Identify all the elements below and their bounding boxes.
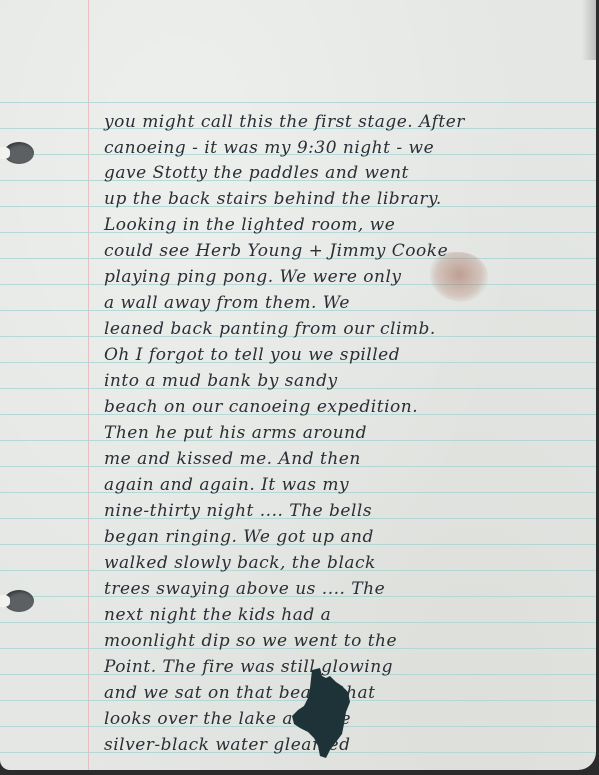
punch-hole-bottom bbox=[4, 590, 34, 612]
text-line: gave Stotty the paddles and went bbox=[104, 163, 409, 183]
text-line: you might call this the first stage. Aft… bbox=[104, 112, 465, 132]
text-line: beach on our canoeing expedition. bbox=[104, 397, 418, 417]
text-line: playing ping pong. We were only bbox=[104, 267, 402, 287]
text-line: walked slowly back, the black bbox=[104, 553, 376, 573]
notebook-page: you might call this the first stage. Aft… bbox=[0, 0, 596, 770]
text-line: leaned back panting from our climb. bbox=[104, 319, 436, 339]
text-line: Looking in the lighted room, we bbox=[104, 215, 395, 235]
text-line: again and again. It was my bbox=[104, 475, 349, 495]
text-line: a wall away from them. We bbox=[104, 293, 350, 313]
text-line: trees swaying above us .... The bbox=[104, 579, 385, 599]
punch-hole-top bbox=[4, 142, 34, 164]
text-line: began ringing. We got up and bbox=[104, 527, 374, 547]
text-line: into a mud bank by sandy bbox=[104, 371, 338, 391]
text-line: moonlight dip so we went to the bbox=[104, 631, 397, 651]
margin-line bbox=[88, 0, 89, 770]
text-line: could see Herb Young + Jimmy Cooke bbox=[104, 241, 448, 261]
text-line: me and kissed me. And then bbox=[104, 449, 361, 469]
ink-blot bbox=[290, 668, 354, 760]
text-line: Then he put his arms around bbox=[104, 423, 367, 443]
text-line: next night the kids had a bbox=[104, 605, 331, 625]
text-line: canoeing - it was my 9:30 night - we bbox=[104, 138, 434, 158]
text-line: up the back stairs behind the library. bbox=[104, 189, 442, 209]
text-line: Oh I forgot to tell you we spilled bbox=[104, 345, 400, 365]
text-line: nine-thirty night .... The bells bbox=[104, 501, 372, 521]
page-corner-shadow bbox=[582, 0, 596, 60]
rule-line bbox=[0, 102, 596, 103]
